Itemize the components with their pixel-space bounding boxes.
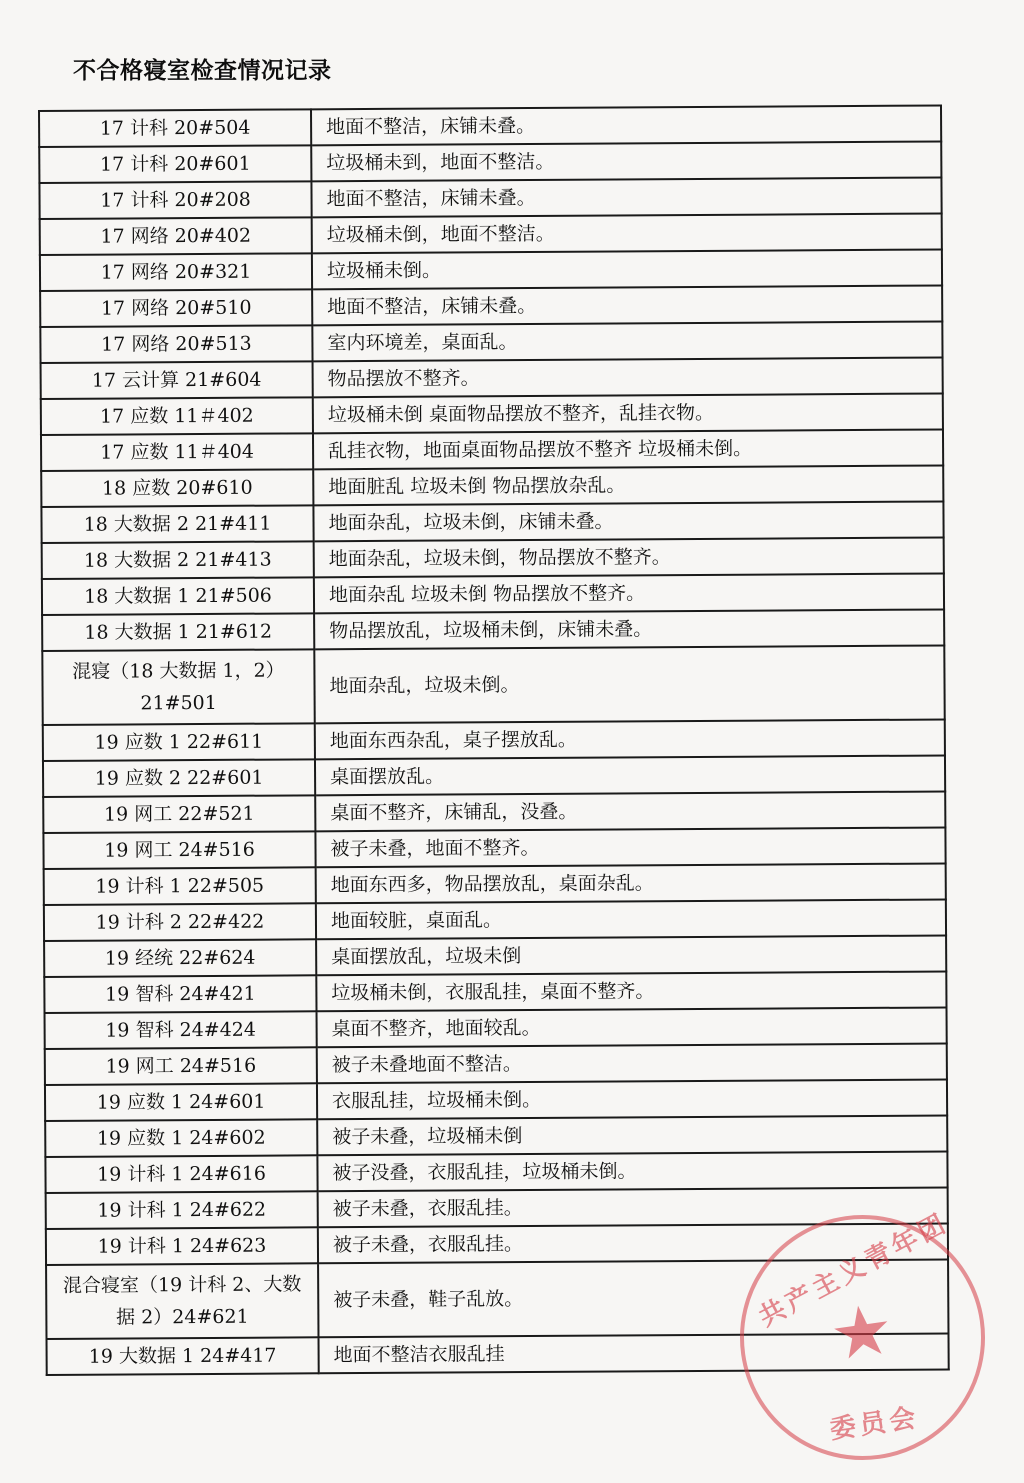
table-row: 18 大数据 1 21#506地面杂乱 垃圾未倒 物品摆放不整齐。: [42, 573, 944, 615]
table-row: 19 计科 1 24#616被子没叠，衣服乱挂，垃圾桶未倒。: [45, 1151, 947, 1193]
room-cell: 17 网络 20#513: [40, 325, 312, 363]
table-row: 19 计科 1 22#505地面东西多，物品摆放乱，桌面杂乱。: [44, 863, 946, 905]
room-cell: 19 计科 1 22#505: [44, 867, 316, 905]
table-row: 19 网工 22#521桌面不整齐，床铺乱，没叠。: [43, 791, 945, 833]
room-cell: 18 大数据 1 21#506: [42, 577, 314, 615]
room-cell: 19 大数据 1 24#417: [47, 1337, 319, 1375]
issue-cell: 被子未叠，地面不整齐。: [315, 827, 945, 867]
table-row: 19 智科 24#421垃圾桶未倒，衣服乱挂，桌面不整齐。: [44, 971, 946, 1013]
issue-cell: 地面杂乱，垃圾未倒。: [314, 645, 944, 723]
room-cell: 17 网络 20#321: [40, 253, 312, 291]
room-cell: 混寝（18 大数据 1，2）21#501: [42, 649, 314, 725]
issue-cell: 地面杂乱，垃圾未倒，床铺未叠。: [313, 501, 943, 541]
page-title: 不合格寝室检查情况记录: [73, 52, 332, 85]
room-cell: 19 网工 24#516: [43, 831, 315, 869]
table-row: 17 应数 11＃404乱挂衣物，地面桌面物品摆放不整齐 垃圾桶未倒。: [41, 429, 943, 471]
table-row: 19 应数 1 24#602被子未叠，垃圾桶未倒: [45, 1115, 947, 1157]
issue-cell: 地面不整洁，床铺未叠。: [311, 177, 941, 217]
table-row: 17 计科 20#504地面不整洁，床铺未叠。: [39, 105, 941, 147]
issue-cell: 垃圾桶未倒。: [312, 249, 942, 289]
table-row: 17 计科 20#601垃圾桶未到，地面不整洁。: [39, 141, 941, 183]
issue-cell: 乱挂衣物，地面桌面物品摆放不整齐 垃圾桶未倒。: [313, 429, 943, 469]
issue-cell: 垃圾桶未倒 桌面物品摆放不整齐，乱挂衣物。: [313, 393, 943, 433]
table-row: 18 大数据 2 21#413地面杂乱，垃圾未倒，物品摆放不整齐。: [42, 537, 944, 579]
issue-cell: 地面不整洁，床铺未叠。: [311, 105, 941, 145]
table-row: 18 大数据 2 21#411地面杂乱，垃圾未倒，床铺未叠。: [41, 501, 943, 543]
table-row: 混寝（18 大数据 1，2）21#501地面杂乱，垃圾未倒。: [42, 645, 944, 725]
table-row: 19 网工 24#516被子未叠，地面不整齐。: [43, 827, 945, 869]
table-row: 19 计科 2 22#422地面较脏，桌面乱。: [44, 899, 946, 941]
room-cell: 19 计科 2 22#422: [44, 903, 316, 941]
table-row: 17 网络 20#402垃圾桶未倒，地面不整洁。: [40, 213, 942, 255]
table-row: 19 网工 24#516被子未叠地面不整洁。: [45, 1043, 947, 1085]
issue-cell: 桌面不整齐，床铺乱，没叠。: [315, 791, 945, 831]
table-row: 19 应数 1 24#601衣服乱挂，垃圾桶未倒。: [45, 1079, 947, 1121]
issue-cell: 地面杂乱，垃圾未倒，物品摆放不整齐。: [314, 537, 944, 577]
issue-cell: 衣服乱挂，垃圾桶未倒。: [317, 1079, 947, 1119]
table-row: 17 计科 20#208地面不整洁，床铺未叠。: [39, 177, 941, 219]
room-cell: 18 大数据 2 21#411: [41, 505, 313, 543]
table-row: 17 云计算 21#604物品摆放不整齐。: [41, 357, 943, 399]
room-cell: 19 计科 1 24#623: [46, 1227, 318, 1265]
issue-cell: 地面脏乱 垃圾未倒 物品摆放杂乱。: [313, 465, 943, 505]
issue-cell: 被子未叠地面不整洁。: [317, 1043, 947, 1083]
table-row: 19 应数 2 22#601桌面摆放乱。: [43, 755, 945, 797]
room-cell: 19 智科 24#424: [45, 1011, 317, 1049]
issue-cell: 桌面摆放乱。: [315, 755, 945, 795]
issue-cell: 桌面不整齐，地面较乱。: [317, 1007, 947, 1047]
issue-cell: 桌面摆放乱，垃圾未倒: [316, 935, 946, 975]
table-row: 18 应数 20#610地面脏乱 垃圾未倒 物品摆放杂乱。: [41, 465, 943, 507]
issue-cell: 地面不整洁，床铺未叠。: [312, 285, 942, 325]
room-cell: 19 应数 2 22#601: [43, 759, 315, 797]
stamp-bottom-text: 委员会: [754, 1387, 994, 1457]
room-cell: 混合寝室（19 计科 2、大数据 2）24#621: [46, 1263, 318, 1339]
room-cell: 17 网络 20#510: [40, 289, 312, 327]
issue-cell: 垃圾桶未倒，地面不整洁。: [312, 213, 942, 253]
room-cell: 19 智科 24#421: [44, 975, 316, 1013]
room-cell: 19 网工 24#516: [45, 1047, 317, 1085]
issue-cell: 物品摆放乱，垃圾桶未倒，床铺未叠。: [314, 609, 944, 649]
issue-cell: 被子未叠，垃圾桶未倒: [317, 1115, 947, 1155]
room-cell: 18 大数据 1 21#612: [42, 613, 314, 651]
room-cell: 17 计科 20#504: [39, 109, 311, 147]
room-cell: 17 应数 11＃402: [41, 397, 313, 435]
table-row: 19 应数 1 22#611地面东西杂乱，桌子摆放乱。: [43, 719, 945, 761]
table-row: 17 应数 11＃402垃圾桶未倒 桌面物品摆放不整齐，乱挂衣物。: [41, 393, 943, 435]
issue-cell: 地面杂乱 垃圾未倒 物品摆放不整齐。: [314, 573, 944, 613]
table-row: 19 智科 24#424桌面不整齐，地面较乱。: [45, 1007, 947, 1049]
table-row: 19 计科 1 24#622被子未叠，衣服乱挂。: [46, 1187, 948, 1229]
inspection-records-table: 17 计科 20#504地面不整洁，床铺未叠。 17 计科 20#601垃圾桶未…: [38, 104, 950, 1375]
table-row: 17 网络 20#513室内环境差，桌面乱。: [40, 321, 942, 363]
room-cell: 17 应数 11＃404: [41, 433, 313, 471]
room-cell: 18 大数据 2 21#413: [42, 541, 314, 579]
issue-cell: 室内环境差，桌面乱。: [312, 321, 942, 361]
table-row: 17 网络 20#510地面不整洁，床铺未叠。: [40, 285, 942, 327]
room-cell: 19 应数 1 24#602: [45, 1119, 317, 1157]
issue-cell: 垃圾桶未倒，衣服乱挂，桌面不整齐。: [316, 971, 946, 1011]
issue-cell: 地面东西杂乱，桌子摆放乱。: [315, 719, 945, 759]
table-row: 18 大数据 1 21#612物品摆放乱，垃圾桶未倒，床铺未叠。: [42, 609, 944, 651]
issue-cell: 地面较脏，桌面乱。: [316, 899, 946, 939]
room-cell: 19 计科 1 24#616: [45, 1155, 317, 1193]
issue-cell: 被子没叠，衣服乱挂，垃圾桶未倒。: [317, 1151, 947, 1191]
issue-cell: 物品摆放不整齐。: [313, 357, 943, 397]
issue-cell: 垃圾桶未到，地面不整洁。: [311, 141, 941, 181]
room-cell: 17 计科 20#208: [39, 181, 311, 219]
issue-cell: 地面东西多，物品摆放乱，桌面杂乱。: [316, 863, 946, 903]
table-row: 19 经统 22#624桌面摆放乱，垃圾未倒: [44, 935, 946, 977]
room-cell: 19 经统 22#624: [44, 939, 316, 977]
room-cell: 19 应数 1 24#601: [45, 1083, 317, 1121]
room-cell: 19 网工 22#521: [43, 795, 315, 833]
room-cell: 19 应数 1 22#611: [43, 723, 315, 761]
room-cell: 19 计科 1 24#622: [46, 1191, 318, 1229]
room-cell: 17 网络 20#402: [40, 217, 312, 255]
room-cell: 18 应数 20#610: [41, 469, 313, 507]
room-cell: 17 计科 20#601: [39, 145, 311, 183]
table-row: 17 网络 20#321垃圾桶未倒。: [40, 249, 942, 291]
room-cell: 17 云计算 21#604: [41, 361, 313, 399]
